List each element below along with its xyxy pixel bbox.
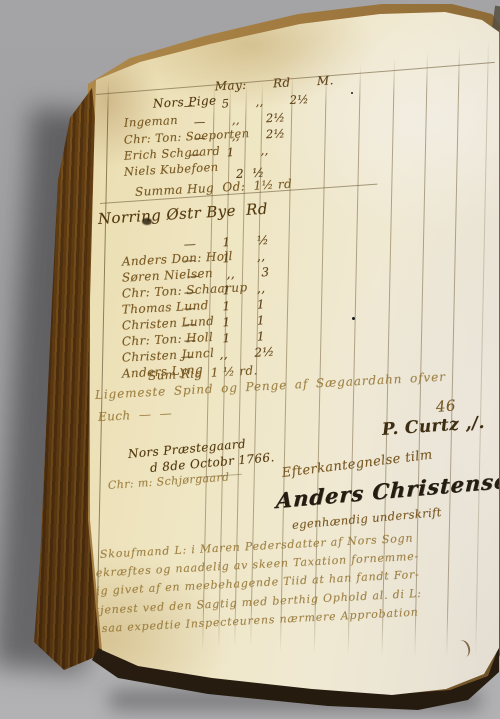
note-line: Euch — — xyxy=(98,406,173,424)
ink-flourish xyxy=(453,638,473,660)
row-name: Niels Kubefoen xyxy=(124,160,219,179)
ink-speck xyxy=(352,317,355,320)
column-rule xyxy=(348,64,361,656)
column-rule xyxy=(381,58,395,658)
row-values: — 1 1 xyxy=(183,297,265,315)
ink-speck xyxy=(351,92,353,94)
photo-background: Nors Pige May: Rd M. Ingeman — 5 ,, 2½ C… xyxy=(0,0,500,719)
ink-blotch xyxy=(142,218,152,225)
clerk-line: Chr: m: Schjørgaard xyxy=(108,471,230,492)
row-values: — 1 ,, xyxy=(188,143,269,161)
row-values: — 1 ,, xyxy=(183,281,265,299)
column-rule xyxy=(446,46,460,658)
row-values: — 1 1 xyxy=(183,313,265,331)
row-values: — 1 ,, xyxy=(183,249,265,267)
curtz-signature: P. Curtz ,/. xyxy=(381,413,485,440)
folio-number: 46 xyxy=(435,396,456,416)
column-rule xyxy=(475,40,489,658)
row-values: — 1 1 xyxy=(183,329,265,347)
ledger-row: Niels Kubefoen — 1 ,, xyxy=(99,146,221,208)
row-values: May: Rd M. xyxy=(214,73,334,93)
